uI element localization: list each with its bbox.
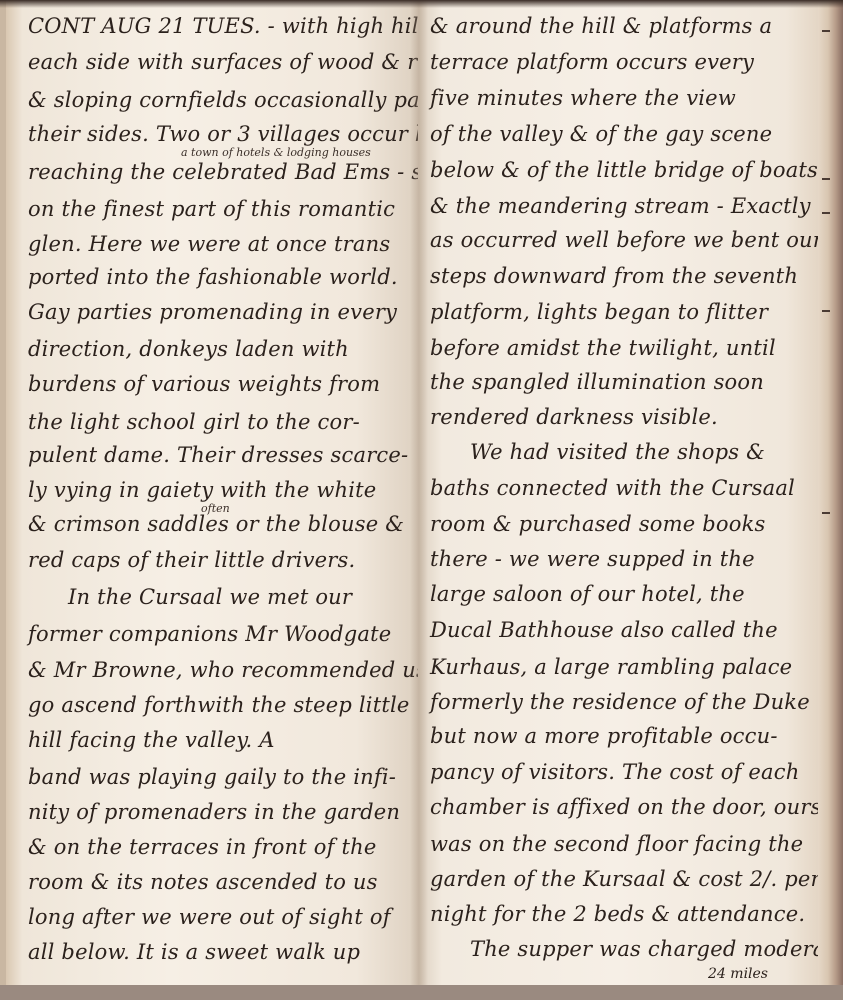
line: steps downward from the seventh [430,264,810,288]
line: burdens of various weights from [28,372,413,396]
line: there - we were supped in the [430,547,810,571]
line: & around the hill & platforms a [430,14,810,38]
line: before amidst the twilight, until [430,336,810,360]
line: & on the terraces in front of the [28,835,413,859]
line: baths connected with the Cursaal [430,476,810,500]
line: Gay parties promenading in every [28,300,413,324]
line: below & of the little bridge of boats [430,158,810,182]
line: long after we were out of sight of [28,905,413,929]
bottom-background [0,985,843,1000]
line: pancy of visitors. The cost of each [430,760,810,784]
line: & crimson saddles or the blouse & [28,512,413,536]
line: hill facing the valley. A [28,728,413,752]
line: platform, lights began to flitter [430,300,810,324]
book-gutter [410,0,428,985]
line: former companions Mr Woodgate [28,622,413,646]
line: CONT AUG 21 TUES. - with high hills on [28,14,413,38]
line: was on the second floor facing the [430,832,810,856]
line: room & its notes ascended to us [28,870,413,894]
left-page: CONT AUG 21 TUES. - with high hills on e… [0,0,418,985]
line: rendered darkness visible. [430,405,810,429]
line: each side with surfaces of wood & rock [28,50,413,74]
line: red caps of their little drivers. [28,548,413,572]
line: chamber is affixed on the door, ours [430,795,810,819]
line: their sides. Two or 3 villages occur bef… [28,122,413,146]
line: the spangled illumination soon [430,370,810,394]
line: go ascend forthwith the steep little [28,693,413,717]
line: terrace platform occurs every [430,50,810,74]
margin-mark [822,212,830,214]
line: & sloping cornfields occasionally patchi… [28,88,413,112]
page-edges [818,0,843,1000]
line: reaching the celebrated Bad Ems - situat… [28,160,413,184]
margin-mark [822,178,830,180]
line: The supper was charged moderately. [430,937,810,961]
line: large saloon of our hotel, the [430,582,810,606]
line: nity of promenaders in the garden [28,800,413,824]
line: glen. Here we were at once trans [28,232,413,256]
margin-mark [822,30,830,32]
line: band was playing gaily to the infi- [28,765,413,789]
top-shadow [0,0,843,8]
line: Kurhaus, a large rambling palace [430,655,810,679]
mileage-note: 24 miles [708,966,768,982]
line: of the valley & of the gay scene [430,122,810,146]
right-page: & around the hill & platforms a terrace … [418,0,818,985]
interlinear-insertion: a town of hotels & lodging houses [181,146,371,159]
line: formerly the residence of the Duke [430,690,810,714]
line: all below. It is a sweet walk up [28,940,413,964]
line: In the Cursaal we met our [28,585,413,609]
line: garden of the Kursaal & cost 2/. per [430,867,810,891]
line: room & purchased some books [430,512,810,536]
line: & Mr Browne, who recommended us to [28,658,413,682]
line: ported into the fashionable world. [28,265,413,289]
line: direction, donkeys laden with [28,337,413,361]
line: but now a more profitable occu- [430,724,810,748]
line: on the finest part of this romantic [28,197,413,221]
line: Ducal Bathhouse also called the [430,618,810,642]
line: the light school girl to the cor- [28,410,413,434]
line: pulent dame. Their dresses scarce- [28,443,413,467]
line: five minutes where the view [430,86,810,110]
line: & the meandering stream - Exactly [430,194,810,218]
margin-mark [822,512,830,514]
line: as occurred well before we bent our [430,228,810,252]
line: night for the 2 beds & attendance. [430,902,810,926]
margin-mark [822,310,830,312]
line: We had visited the shops & [430,440,810,464]
line: ly vying in gaiety with the white [28,478,413,502]
journal-spread: CONT AUG 21 TUES. - with high hills on e… [0,0,843,1000]
